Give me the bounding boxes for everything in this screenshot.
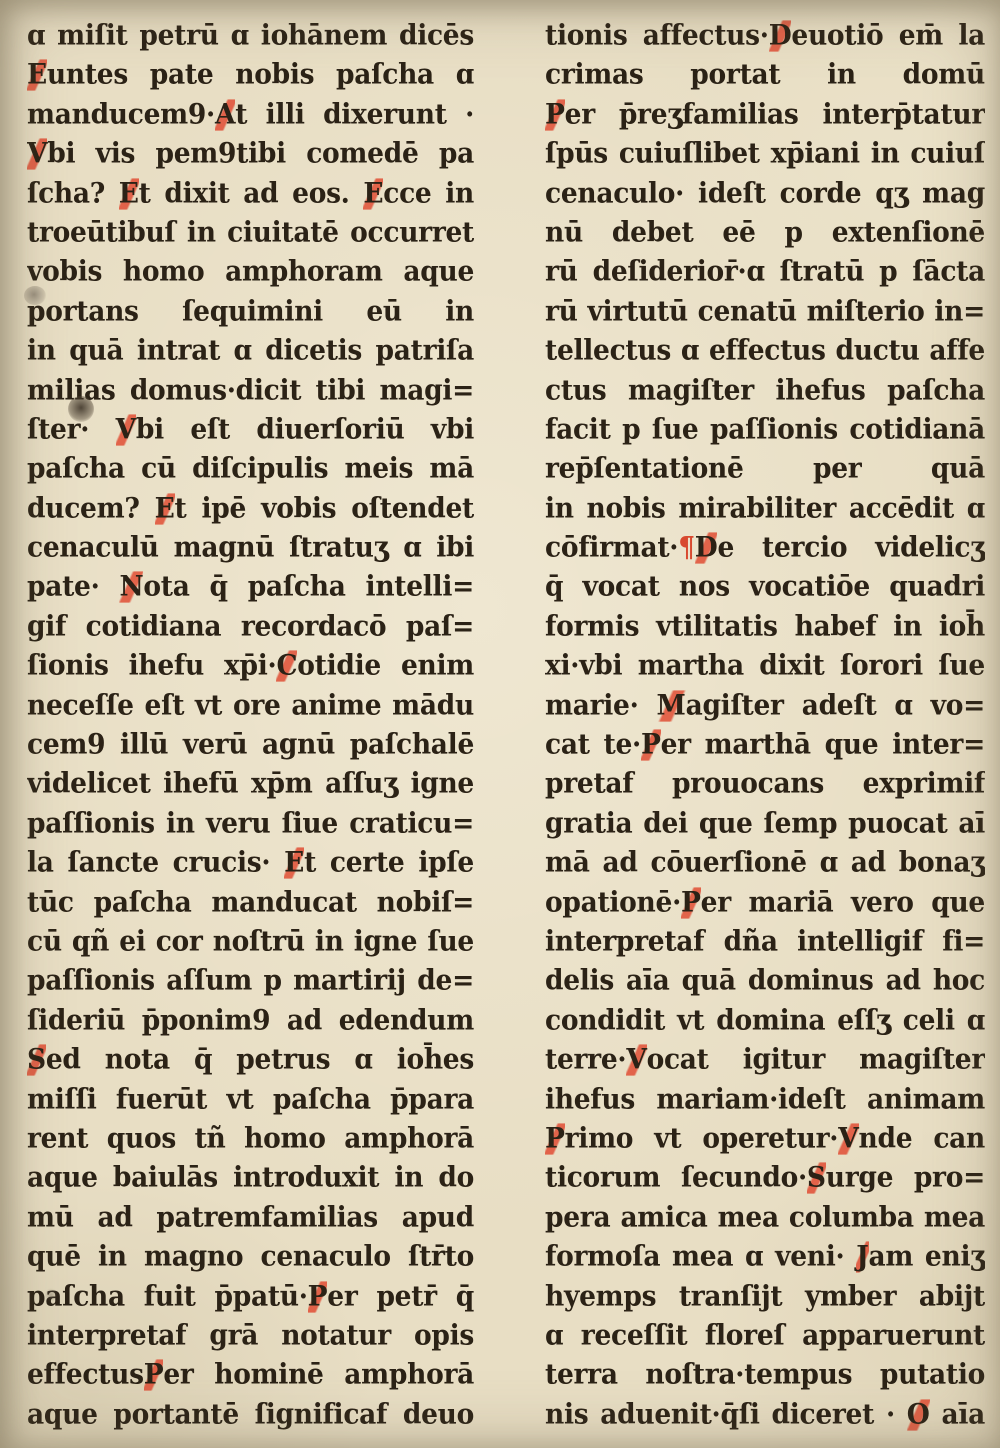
text-line: tellectus ɑ effectus ductu affe xyxy=(545,330,985,371)
text-line: ihefus mariam·ideſt animam xyxy=(545,1079,985,1120)
text-line: cat te·Per marthā que inter= xyxy=(545,724,985,765)
text-line: tionis affectus·Deuotiō em̄ la xyxy=(545,15,985,56)
text-line: nis aduenit·q̄ſi diceret · O aīa xyxy=(545,1394,985,1435)
rubricated-initial: V xyxy=(626,1039,646,1080)
text-line: ɑ receſſit floreſ apparuerunt in xyxy=(545,1315,985,1356)
rubricated-initial: N xyxy=(119,567,143,608)
text-line: formoſa mea ɑ veni· Jam eniʒ xyxy=(545,1236,985,1277)
text-line: ticorum ſecundo·Surge pro= xyxy=(545,1158,985,1199)
rubricated-initial: V xyxy=(27,133,47,174)
text-line: manducem9·At illi dixerunt · xyxy=(27,94,474,135)
text-line: ſpūs cuiuſlibet xp̄iani in cuiuſ xyxy=(545,133,985,174)
text-line: gif cotidiana recordacō paſ= xyxy=(27,606,474,647)
text-line: xi·vbi martha dixit ſorori ſue xyxy=(545,645,985,686)
rubricated-initial: D xyxy=(769,15,792,56)
rubricated-initial: D xyxy=(695,527,718,568)
text-line: aque baiulās introduxit in do xyxy=(27,1158,474,1199)
rubricated-initial: P xyxy=(545,94,565,135)
text-line: mā ad cōuerſionē ɑ ad bonaʒ xyxy=(545,842,985,883)
rubricated-initial: A xyxy=(215,94,235,135)
text-line: interpretaf grā notatur opis xyxy=(27,1315,474,1356)
text-line: paſcha fuit p̄patū·Per petr̄ q̄ xyxy=(27,1276,474,1317)
text-line: pretaf prouocans exprimif xyxy=(545,764,985,805)
rubricated-initial: P xyxy=(144,1354,164,1395)
text-line: rū virtutū cenatū miſterio in= xyxy=(545,291,985,332)
text-line: Per p̄reʒfamilias interp̄tatur xyxy=(545,94,985,135)
text-line: rū deſiderior̄·ɑ ſtratū p ſācta xyxy=(545,252,985,293)
text-line: Primo vt operetur·Vnde can xyxy=(545,1118,985,1159)
text-line: terre·Vocat igitur magiſter xyxy=(545,1039,985,1080)
text-line: ſionis ihefu xp̄i·Cotidie enim xyxy=(27,645,474,686)
rubricated-initial: P xyxy=(641,724,661,765)
text-line: cū qñ ei cor noſtrū in igne ſue xyxy=(27,921,474,962)
text-line: rent quos tñ homo amphorā xyxy=(27,1118,474,1159)
rubricated-initial: V xyxy=(116,409,136,450)
rubricated-initial: C xyxy=(276,645,297,686)
text-line: ɑ miſit petrū ɑ iohānem dicēs xyxy=(27,15,474,56)
text-line: paſcha cū diſcipulis meis mā xyxy=(27,449,474,490)
text-line: interpretaf dña intelligif fi= xyxy=(545,921,985,962)
text-line: q̄ vocat nos vocatiōe quadri xyxy=(545,567,985,608)
text-line: nū debet eē p extenſionē ſācto xyxy=(545,212,985,253)
rubricated-initial: O xyxy=(907,1394,930,1435)
text-line: crimas portat in domū mentis· xyxy=(545,55,985,96)
text-line: milias domus·dicit tibi magi= xyxy=(27,370,474,411)
text-line: Euntes pate nobis paſcha ɑ xyxy=(27,55,474,96)
text-line: hyemps tranſijt ymber abijt xyxy=(545,1276,985,1317)
text-line: effectusPer hominē amphorā xyxy=(27,1354,474,1395)
text-line: opationē·Per mariā vero que xyxy=(545,882,985,923)
text-line: cem9 illū verū agnū paſchalē xyxy=(27,724,474,765)
rubricated-initial: P xyxy=(681,882,701,923)
text-line: ctus magiſter ihefus paſcha xyxy=(545,370,985,411)
text-line: cōfirmat·¶De tercio videlicʒ xyxy=(545,527,985,568)
text-line: neceſſe eſt vt ore anime mādu xyxy=(27,685,474,726)
text-line: ſcha? Et dixit ad eos. Ecce in xyxy=(27,173,474,214)
text-line: tūc paſcha manducat nobiſ= xyxy=(27,882,474,923)
rubricated-initial: S xyxy=(807,1158,826,1199)
text-line: mū ad patremfamilias apud xyxy=(27,1197,474,1238)
text-line: Vbi vis pem9tibi comedē pa xyxy=(27,133,474,174)
manuscript-page: ɑ miſit petrū ɑ iohānem dicēsEuntes pate… xyxy=(0,0,1000,1448)
rubricated-initial: E xyxy=(119,173,139,214)
paraph-mark: ¶ xyxy=(678,531,695,563)
text-line: la ſancte crucis· Et certe ipſe xyxy=(27,842,474,883)
text-line: vobis homo amphoram aque xyxy=(27,252,474,293)
rubricated-initial: E xyxy=(363,173,383,214)
text-line: Sed nota q̄ petrus ɑ ioh̄es xyxy=(27,1039,474,1080)
text-line: rep̄ſentationē per quā caritatē xyxy=(545,449,985,490)
rubricated-initial: E xyxy=(284,842,304,883)
text-line: troeūtibuſ in ciuitatē occurret xyxy=(27,212,474,253)
text-line: ſideriū p̄ponim9 ad edendum xyxy=(27,1000,474,1041)
text-line: in nobis mirabiliter accēdit ɑ xyxy=(545,488,985,529)
text-line: gratia dei que ſemp puocat aī xyxy=(545,803,985,844)
rubricated-initial: E xyxy=(155,488,175,529)
text-line: condidit vt domina eſſʒ celi ɑ xyxy=(545,1000,985,1041)
text-line: delis aīa quā dominus ad hoc xyxy=(545,961,985,1002)
text-line: pera amica mea columba mea xyxy=(545,1197,985,1238)
text-line: marie· Magiſter adeſt ɑ vo= xyxy=(545,685,985,726)
rubricated-initial: P xyxy=(308,1276,328,1317)
text-column-right: tionis affectus·Deuotiō em̄ lacrimas por… xyxy=(545,16,985,1434)
text-line: paſſionis in veru ſiue craticu= xyxy=(27,803,474,844)
text-line: portans ſequimini eū in domuʒ xyxy=(27,291,474,332)
text-line: ſter· Vbi eſt diuerſoriū vbi xyxy=(27,409,474,450)
text-column-left: ɑ miſit petrū ɑ iohānem dicēsEuntes pate… xyxy=(27,16,474,1434)
text-line: pate· Nota q̄ paſcha intelli= xyxy=(27,567,474,608)
rubricated-initial: E xyxy=(27,55,47,96)
text-line: facit p ſue paſſionis cotidianā xyxy=(545,409,985,450)
rubricated-initial: V xyxy=(838,1118,858,1159)
text-line: cenaculū magnū ſtratuʒ ɑ ibi xyxy=(27,527,474,568)
text-line: in quā intrat ɑ dicetis patriſa xyxy=(27,330,474,371)
text-line: paſſionis aſſum p martirij de= xyxy=(27,961,474,1002)
rubricated-initial: S xyxy=(27,1039,46,1080)
text-line: cenaculo· ideſt corde qʒ mag xyxy=(545,173,985,214)
rubricated-initial: P xyxy=(545,1118,565,1159)
text-line: quē in magno cenaculo ſtr̄to xyxy=(27,1236,474,1277)
rubricated-initial: J xyxy=(856,1236,868,1277)
text-line: aque portantē ſignificaf deuo xyxy=(27,1394,474,1435)
rubricated-initial: M xyxy=(657,685,686,726)
text-line: terra noſtra·tempus putatio xyxy=(545,1354,985,1395)
text-line: ducem? Et ipē vobis oſtendet xyxy=(27,488,474,529)
text-line: miſſi fuerūt vt paſcha p̄para xyxy=(27,1079,474,1120)
text-line: formis vtilitatis habef in ioh̄ xyxy=(545,606,985,647)
text-line: videlicet ihefū xp̄m aſſuʒ igne xyxy=(27,764,474,805)
